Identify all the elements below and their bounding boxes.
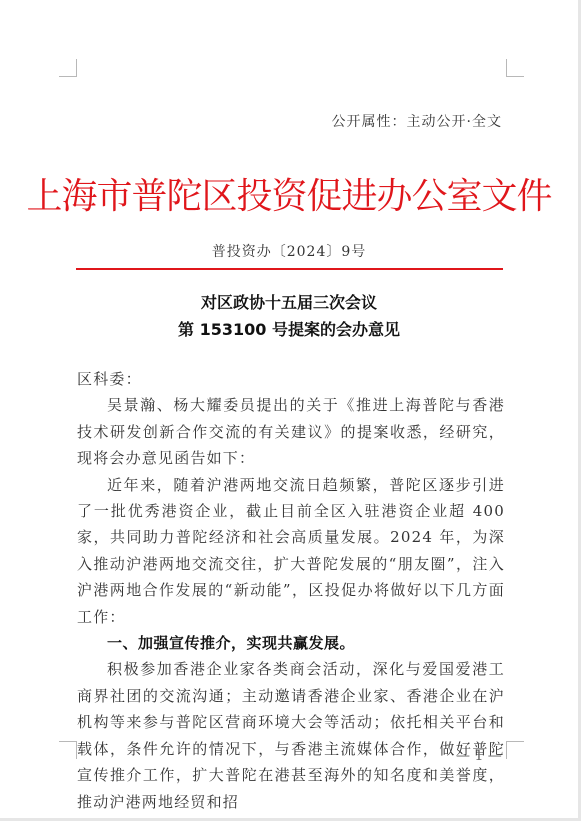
document-body: 区科委： 吴景瀚、杨大耀委员提出的关于《推进上海普陀与香港技术研发创新合作交流的…	[77, 366, 505, 815]
body-paragraph: 近年来，随着沪港两地交流日趋频繁，普陀区逐步引进了一批优秀港资企业，截止目前全区…	[77, 472, 505, 630]
disclosure-attribute: 公开属性：主动公开·全文	[332, 111, 502, 131]
subject-line-1: 对区政协十五届三次会议	[0, 290, 578, 313]
body-paragraph: 吴景瀚、杨大耀委员提出的关于《推进上海普陀与香港技术研发创新合作交流的有关建议》…	[77, 392, 505, 471]
margin-mark-top-left	[59, 59, 77, 77]
section-heading: 一、加强宣传推介，实现共赢发展。	[77, 630, 505, 656]
section-paragraph: 积极参加香港企业家各类商会活动，深化与爱国爱港工商界社团的交流沟通；主动邀请香港…	[77, 656, 505, 814]
subject-line-2: 第 153100 号提案的会办意见	[0, 317, 578, 340]
margin-mark-bottom-left	[59, 741, 77, 759]
document-page: 公开属性：主动公开·全文 上海市普陀区投资促进办公室文件 普投资办〔2024〕9…	[0, 0, 578, 818]
red-divider	[76, 268, 503, 270]
page-number: — 1 —	[456, 748, 502, 764]
organization-title: 上海市普陀区投资促进办公室文件	[0, 168, 578, 219]
margin-mark-top-right	[506, 59, 524, 77]
salutation: 区科委：	[77, 366, 505, 392]
document-number: 普投资办〔2024〕9号	[0, 241, 578, 261]
margin-mark-bottom-right	[506, 741, 524, 759]
